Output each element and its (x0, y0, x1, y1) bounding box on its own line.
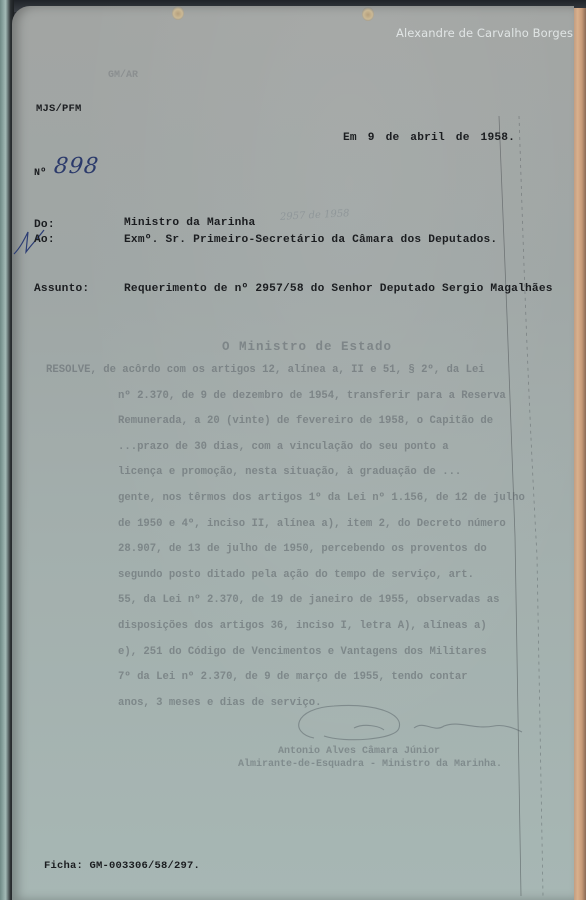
stacked-page-edge (572, 8, 586, 900)
body-line: disposições dos artigos 36, inciso I, le… (46, 614, 516, 640)
body-line: de 1950 e 4º, inciso II, alínea a), item… (46, 512, 516, 538)
body-heading: O Ministro de Estado (222, 340, 392, 354)
body-line: licença e promoção, nesta situação, à gr… (46, 460, 516, 486)
body-text-faded: RESOLVE, de acôrdo com os artigos 12, al… (46, 358, 516, 716)
body-line: nº 2.370, de 9 de dezembro de 1954, tran… (46, 384, 516, 410)
body-line: 55, da Lei nº 2.370, de 19 de janeiro de… (46, 588, 516, 614)
to-value: Exmº. Sr. Primeiro-Secretário da Câmara … (124, 234, 497, 246)
body-line: e), 251 do Código de Vencimentos e Vanta… (46, 640, 516, 666)
photographer-watermark: Alexandre de Carvalho Borges (396, 26, 573, 40)
subject-value: Requerimento de nº 2957/58 do Senhor Dep… (124, 283, 553, 295)
faint-stamp: GM/AR (108, 70, 138, 81)
body-line: segundo posto ditado pela ação do tempo … (46, 563, 516, 589)
punch-hole-icon (172, 6, 184, 20)
signature-name: Antonio Alves Câmara Júnior (278, 746, 440, 757)
body-line: Remunerada, a 20 (vinte) de fevereiro de… (46, 409, 516, 435)
body-line: RESOLVE, de acôrdo com os artigos 12, al… (46, 358, 516, 384)
body-line: gente, nos têrmos dos artigos 1º da Lei … (46, 486, 516, 512)
from-label: Do: (34, 219, 55, 231)
to-label: Ao: (34, 234, 55, 246)
body-line: ...prazo de 30 dias, com a vinculação do… (46, 435, 516, 461)
handwritten-number: 898 (53, 154, 101, 179)
date-line: Em 9 de abril de 1958. (343, 132, 515, 144)
reference-code: MJS/PFM (36, 103, 82, 115)
body-line: 7º da Lei nº 2.370, de 9 de março de 195… (46, 665, 516, 691)
file-reference: Ficha: GM-003306/58/297. (44, 860, 200, 872)
signature-title: Almirante-de-Esquadra - Ministro da Mari… (238, 759, 502, 770)
document-page: GM/AR MJS/PFM Em 9 de abril de 1958. Nº … (12, 6, 574, 900)
signature-icon (284, 698, 524, 748)
pencil-note: 2957 de 1958 (280, 208, 350, 223)
number-label: Nº (34, 168, 46, 179)
subject-label: Assunto: (34, 283, 89, 295)
from-value: Ministro da Marinha (124, 217, 255, 229)
body-line: 28.907, de 13 de julho de 1950, perceben… (46, 537, 516, 563)
punch-hole-icon (362, 7, 374, 21)
